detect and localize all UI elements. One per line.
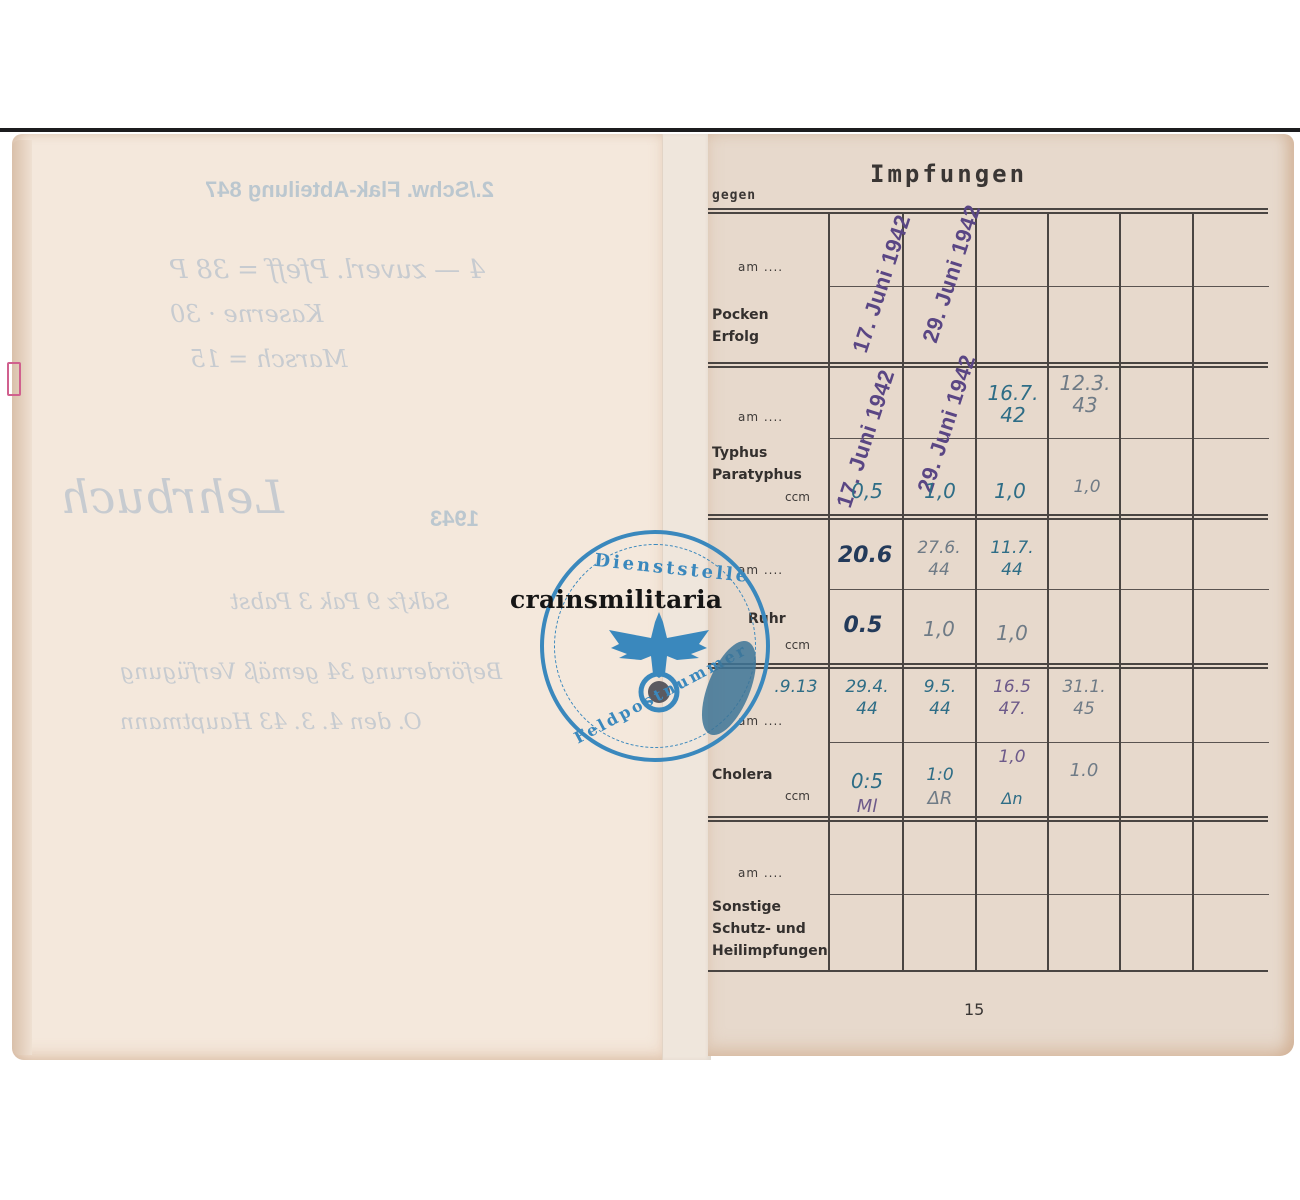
- table-top-rule: [708, 208, 1268, 210]
- row-divider: [708, 362, 1268, 364]
- bleed-through-unit-stamp: 2./Schw. Flak-Abteilung 847: [205, 177, 494, 203]
- page-number: 15: [964, 1000, 984, 1019]
- typhus-date-3: 16.7. 42: [978, 382, 1048, 426]
- row-divider: [708, 514, 1268, 516]
- cholera-date-1: 29.4. 44: [832, 676, 902, 720]
- label-line: Erfolg: [712, 326, 769, 348]
- label-line: Schutz- und: [712, 918, 828, 940]
- scan-top-edge: [0, 128, 1300, 132]
- typhus-dose-4: 1,0: [1052, 476, 1122, 498]
- column-divider: [902, 214, 904, 970]
- cell-divider: [829, 589, 1269, 590]
- cell-divider: [829, 286, 1269, 287]
- row-label-typhus: Typhus Paratyphus: [712, 442, 802, 486]
- am-label: am ....: [738, 410, 783, 424]
- ccm-label: ccm: [785, 490, 810, 504]
- pink-edge-mark: [7, 362, 21, 396]
- label-line: Paratyphus: [712, 464, 802, 486]
- cholera-initials-2: ΔR: [905, 788, 975, 810]
- cholera-date-4: 31.1. 45: [1049, 676, 1119, 720]
- cholera-dose-3: 1,0: [977, 746, 1047, 768]
- cholera-dose-4: 1.0: [1049, 760, 1119, 782]
- bleed-through-handwriting: O. den 4. 3. 43 Hauptmann: [120, 710, 422, 735]
- watermark: crainsmilitaria: [510, 585, 722, 614]
- row-label-cholera: Cholera: [712, 764, 773, 786]
- left-page-edge: [12, 140, 32, 1055]
- row-divider: [708, 663, 1268, 665]
- row-label-sonstige: Sonstige Schutz- und Heilimpfungen: [712, 896, 828, 962]
- cholera-date-2: 9.5. 44: [905, 676, 975, 720]
- am-label: am ....: [738, 260, 783, 274]
- column-divider: [1047, 214, 1049, 970]
- cholera-initials-1: Ml: [832, 796, 902, 818]
- label-line: Typhus: [712, 442, 802, 464]
- label-line: Heilimpfungen: [712, 940, 828, 962]
- label-line: Pocken: [712, 304, 769, 326]
- cell-divider: [829, 438, 1269, 439]
- page-title: Impfungen: [870, 160, 1027, 188]
- cell-divider: [829, 742, 1269, 743]
- typhus-dose-1: 0,5: [832, 480, 902, 502]
- ruhr-date-1: 20.6: [830, 545, 900, 567]
- column-divider: [1119, 214, 1121, 970]
- cell-divider: [829, 894, 1269, 895]
- ruhr-dose-3: 1,0: [977, 622, 1047, 644]
- cholera-dose-1: 0:5: [832, 770, 902, 792]
- ccm-label: ccm: [785, 789, 810, 803]
- table-bottom-rule: [708, 970, 1268, 972]
- typhus-dose-3: 1,0: [975, 480, 1045, 502]
- cholera-prefix-note: .9.13: [762, 676, 830, 698]
- ruhr-date-2: 27.6. 44: [904, 537, 974, 581]
- bleed-through-handwriting: 4 — zuverl. Pfeff = 38 P: [170, 255, 485, 285]
- column-divider: [1192, 214, 1194, 970]
- ruhr-dose-1: 0.5: [828, 615, 898, 637]
- label-line: Sonstige: [712, 896, 828, 918]
- ccm-label: ccm: [785, 638, 810, 652]
- bleed-through-handwriting: Kaserne · 30: [170, 300, 323, 328]
- bleed-through-signature: Lehrbuch: [60, 470, 284, 524]
- column-divider: [828, 214, 830, 970]
- bleed-through-handwriting: Sdkfz 9 Pak 3 Pabst: [230, 590, 450, 615]
- am-label: am ....: [738, 866, 783, 880]
- bleed-through-handwriting: Beförderung 34 gemäß Verfügung: [120, 660, 502, 685]
- ruhr-dose-2: 1,0: [904, 618, 974, 640]
- column-header-gegen: gegen: [712, 188, 756, 203]
- ruhr-date-3: 11.7. 44: [977, 537, 1047, 581]
- cholera-date-3: 16.5 47.: [977, 676, 1047, 720]
- cholera-dose-2: 1:0: [905, 764, 975, 786]
- cholera-initials-3: Δn: [977, 788, 1047, 810]
- typhus-dose-2: 1,0: [905, 480, 975, 502]
- typhus-date-4: 12.3. 43: [1050, 372, 1120, 416]
- bleed-through-date: 1943: [430, 506, 479, 532]
- row-divider: [708, 816, 1268, 818]
- bleed-through-handwriting: Marsch = 15: [190, 345, 347, 373]
- row-label-pocken: Pocken Erfolg: [712, 304, 769, 348]
- column-divider: [975, 214, 977, 970]
